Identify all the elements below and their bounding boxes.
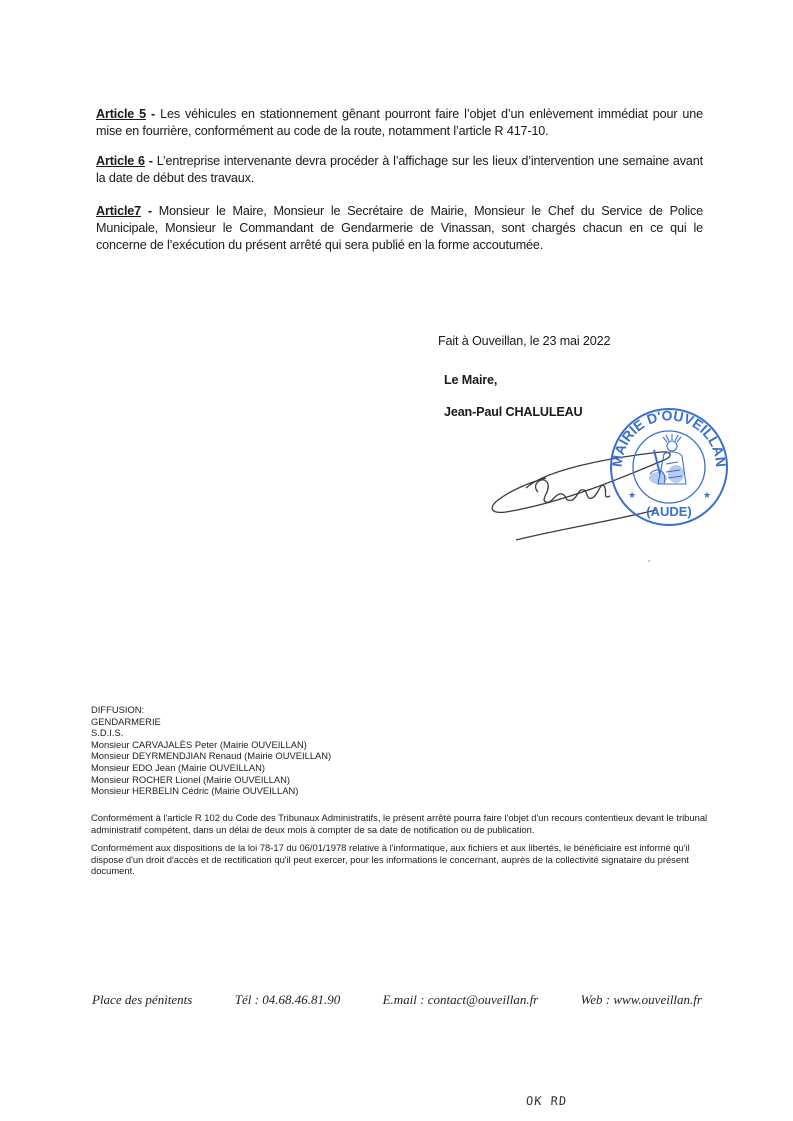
article-6: Article 6 - L’entreprise intervenante de…: [96, 153, 703, 187]
diffusion-recipient: GENDARMERIE: [91, 716, 331, 728]
legal-notice-privacy: Conformément aux dispositions de la loi …: [91, 842, 711, 877]
footer: Place des pénitents Tél : 04.68.46.81.90…: [92, 992, 702, 1008]
handwritten-note: OK RD: [526, 1094, 568, 1108]
article-5-label: Article 5: [96, 107, 146, 121]
diffusion-heading: DIFFUSION:: [91, 704, 331, 716]
diffusion-list: DIFFUSION: GENDARMERIE S.D.I.S. Monsieur…: [91, 704, 331, 797]
svg-text:★: ★: [703, 491, 711, 501]
svg-text:(AUDE): (AUDE): [646, 504, 692, 519]
mayor-name: Jean-Paul CHALULEAU: [444, 405, 583, 419]
footer-phone: Tél : 04.68.46.81.90: [235, 992, 340, 1008]
article-7-separator: -: [141, 204, 159, 218]
diffusion-recipient: Monsieur DEYRMENDJIAN Renaud (Mairie OUV…: [91, 750, 331, 762]
article-6-separator: -: [145, 154, 157, 168]
document-page: Article 5 - Les véhicules en stationneme…: [0, 0, 793, 1121]
footer-email: E.mail : contact@ouveillan.fr: [383, 992, 539, 1008]
legal-notice-appeal: Conformément à l'article R 102 du Code d…: [91, 812, 711, 835]
mayor-title: Le Maire,: [444, 373, 497, 387]
article-7-text: Monsieur le Maire, Monsieur le Secrétair…: [96, 204, 703, 252]
article-7-label: Article7: [96, 204, 141, 218]
diffusion-recipient: Monsieur CARVAJALÈS Peter (Mairie OUVEIL…: [91, 739, 331, 751]
article-7: Article7 - Monsieur le Maire, Monsieur l…: [96, 203, 703, 254]
scan-speck: [648, 560, 650, 562]
diffusion-recipient: Monsieur ROCHER Lionel (Mairie OUVEILLAN…: [91, 774, 331, 786]
article-5: Article 5 - Les véhicules en stationneme…: [96, 106, 703, 140]
place-and-date: Fait à Ouveillan, le 23 mai 2022: [438, 334, 610, 348]
svg-text:★: ★: [628, 491, 636, 501]
article-6-text: L’entreprise intervenante devra procéder…: [96, 154, 703, 185]
article-6-label: Article 6: [96, 154, 145, 168]
mairie-stamp-icon: MAIRIE D'OUVEILLAN (AUDE) ★ ★: [606, 404, 732, 530]
diffusion-recipient: S.D.I.S.: [91, 727, 331, 739]
footer-address: Place des pénitents: [92, 992, 192, 1008]
diffusion-recipient: Monsieur HERBELIN Cédric (Mairie OUVEILL…: [91, 785, 331, 797]
diffusion-recipient: Monsieur EDO Jean (Mairie OUVEILLAN): [91, 762, 331, 774]
svg-text:MAIRIE D'OUVEILLAN: MAIRIE D'OUVEILLAN: [609, 407, 729, 468]
footer-web: Web : www.ouveillan.fr: [581, 992, 702, 1008]
article-5-separator: -: [146, 107, 160, 121]
article-5-text: Les véhicules en stationnement gênant po…: [96, 107, 703, 138]
